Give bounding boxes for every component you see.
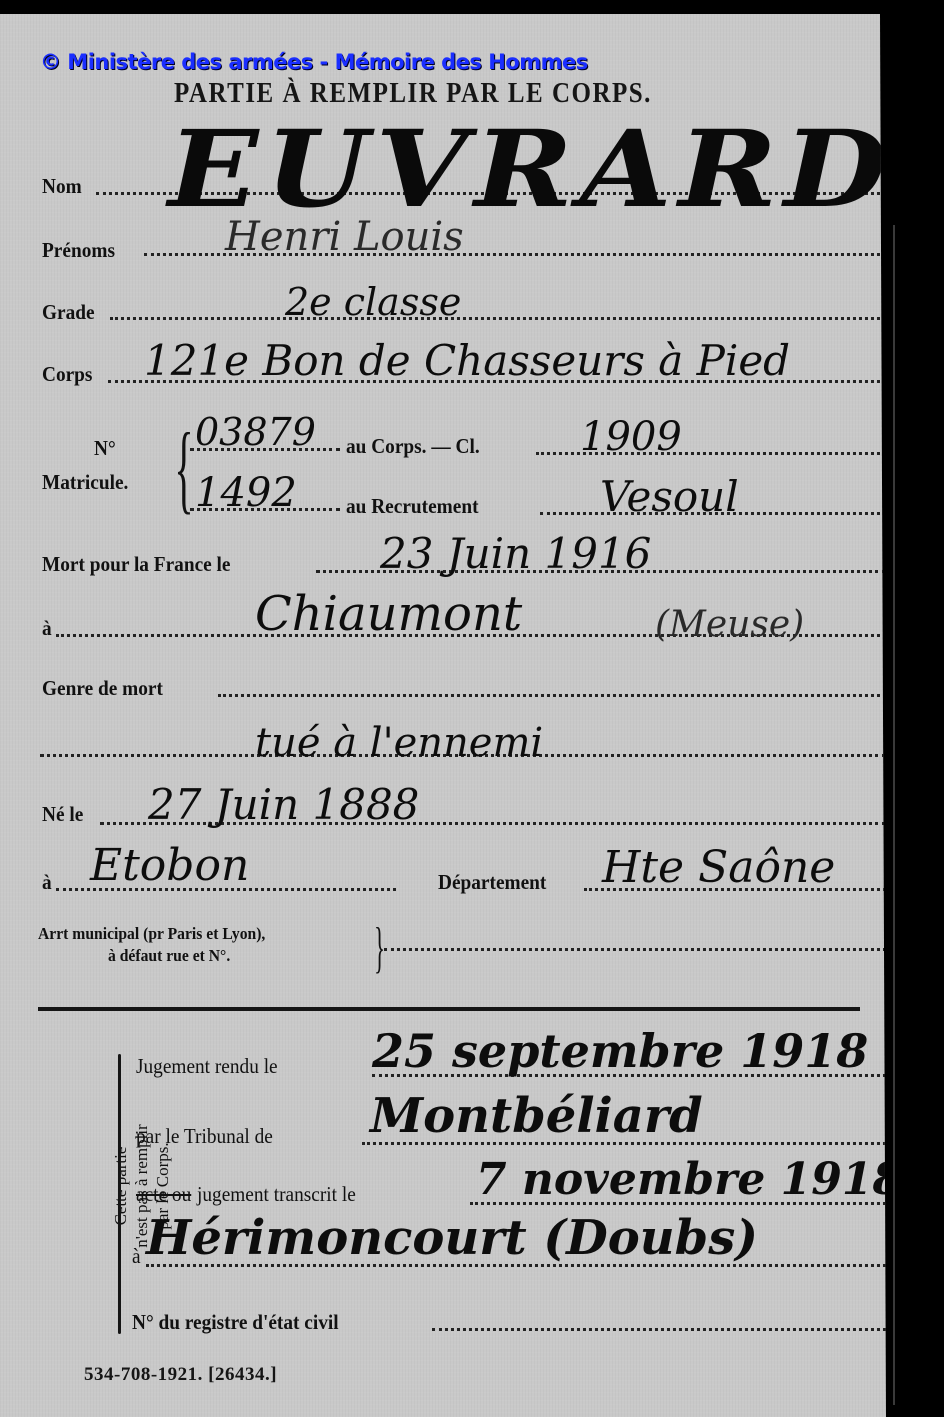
corps-label: Corps [42,362,92,387]
tribunal-label: par le Tribunal de [136,1124,273,1149]
jugement-bracket [118,1054,121,1334]
copyright-watermark: © Ministère des armées - Mémoire des Hom… [40,50,588,74]
jugement-rendu-value: 25 septembre 1918 [372,1024,868,1078]
mort-value: 23 Juin 1916 [380,529,651,578]
side-note: Cette partie n'est pas à remplir par le … [30,1086,110,1286]
matricule-label: Matricule. [42,470,128,495]
genre-mort-label: Genre de mort [42,676,163,701]
transcrit-label: jugement transcrit le [197,1182,356,1207]
arrondissement-line [384,948,886,951]
print-reference: 534-708-1921. [26434.] [84,1364,277,1386]
departement-label: Département [438,870,546,895]
matricule-corps-number: 03879 [195,410,316,454]
matricule-recrutement-number: 1492 [195,470,297,516]
prenoms-value: Henri Louis [225,214,464,260]
matricule-recrutement-label: au Recrutement [346,494,479,519]
transcrit-lieu-value: Hérimoncourt (Doubs) [146,1210,758,1266]
corps-value: 121e Bon de Chasseurs à Pied [144,336,790,385]
registre-line [432,1328,886,1331]
section-divider [38,1007,860,1011]
matricule-brace: { [174,418,193,518]
departement-value: Hte Saône [602,842,835,893]
registre-label: N° du registre d'état civil [132,1310,339,1335]
death-record-card: © Ministère des armées - Mémoire des Hom… [0,14,886,1417]
ne-le-value: 27 Juin 1888 [148,780,419,829]
mort-label: Mort pour la France le [42,552,231,577]
grade-line [110,317,886,320]
transcrit-label-group: acte ou jugement transcrit le [136,1182,374,1207]
card-edge [893,225,895,1405]
arrondissement-label-1: Arrt municipal (pr Paris et Lyon), [38,924,265,944]
transcrit-lieu-label: à [132,1244,141,1269]
transcrit-value: 7 novembre 1918 [476,1154,903,1205]
lieu-mort-value: Chiaumont [255,586,522,642]
lieu-mort-label: à [42,616,52,641]
matricule-label-no: N° [94,436,116,461]
grade-label: Grade [42,300,95,325]
grade-value: 2e classe [285,280,461,324]
recrutement-place-value: Vesoul [600,472,739,521]
tribunal-value: Montbéliard [370,1088,703,1144]
genre-mort-line [218,694,886,697]
jugement-rendu-label: Jugement rendu le [136,1054,278,1079]
transcrit-struck-label: acte ou [136,1182,191,1207]
classe-value: 1909 [580,414,682,460]
matricule-corps-label: au Corps. — Cl. [346,434,480,459]
lieu-mort-dept: (Meuse) [655,604,804,645]
lieu-naissance-value: Etobon [90,840,249,891]
lieu-naissance-label: à [42,870,52,895]
nom-label: Nom [42,174,82,199]
genre-mort-value: tué à l'ennemi [255,720,543,766]
arrondissement-label-2: à défaut rue et N°. [108,946,230,966]
ne-le-label: Né le [42,802,83,827]
prenoms-label: Prénoms [42,238,115,263]
nom-value: EUVRARD [168,106,894,231]
